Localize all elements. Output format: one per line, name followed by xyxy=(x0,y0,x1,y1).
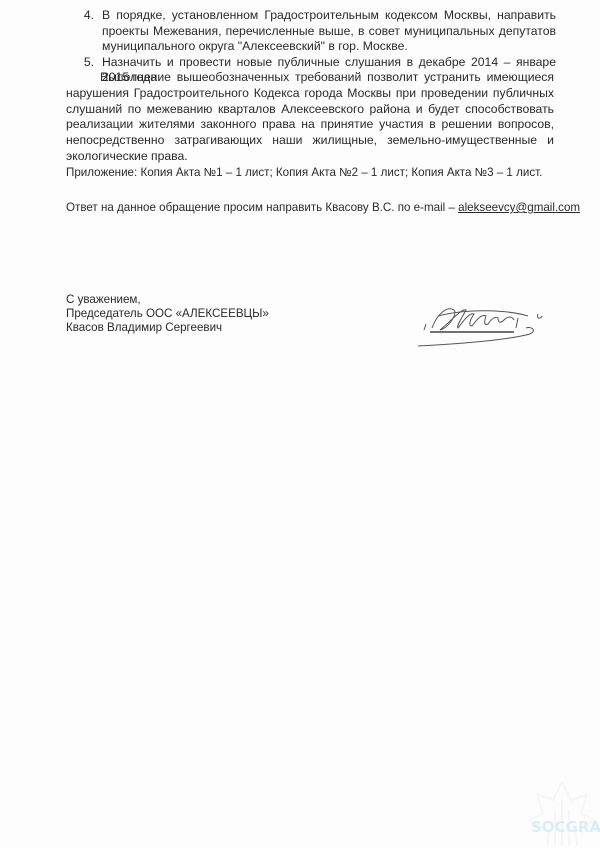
watermark-text: SOCGRAD xyxy=(531,818,600,836)
email-link[interactable]: alekseevcy@gmail.com xyxy=(458,201,580,214)
list-item: 4. В порядке, установленном Градостроите… xyxy=(66,8,556,55)
reply-text: Ответ на данное обращение просим направи… xyxy=(66,201,458,214)
greeting: С уважением, xyxy=(66,293,269,307)
reply-line: Ответ на данное обращение просим направи… xyxy=(66,201,566,214)
signer-position: Председатель ООС «АЛЕКСЕЕВЦЫ» xyxy=(66,307,269,321)
list-text: В порядке, установленном Градостроительн… xyxy=(102,8,556,55)
signer-name: Квасов Владимир Сергеевич xyxy=(66,321,269,335)
body-paragraph: Выполнение вышеобозначенных требований п… xyxy=(66,70,554,165)
appendix-line: Приложение: Копия Акта №1 – 1 лист; Копи… xyxy=(66,166,566,179)
closing-block: С уважением, Председатель ООС «АЛЕКСЕЕВЦ… xyxy=(66,293,269,335)
signature-icon xyxy=(418,298,578,348)
document-page: 4. В порядке, установленном Градостроите… xyxy=(0,0,600,848)
list-number: 4. xyxy=(66,8,102,55)
watermark-leaf-icon xyxy=(525,780,600,848)
